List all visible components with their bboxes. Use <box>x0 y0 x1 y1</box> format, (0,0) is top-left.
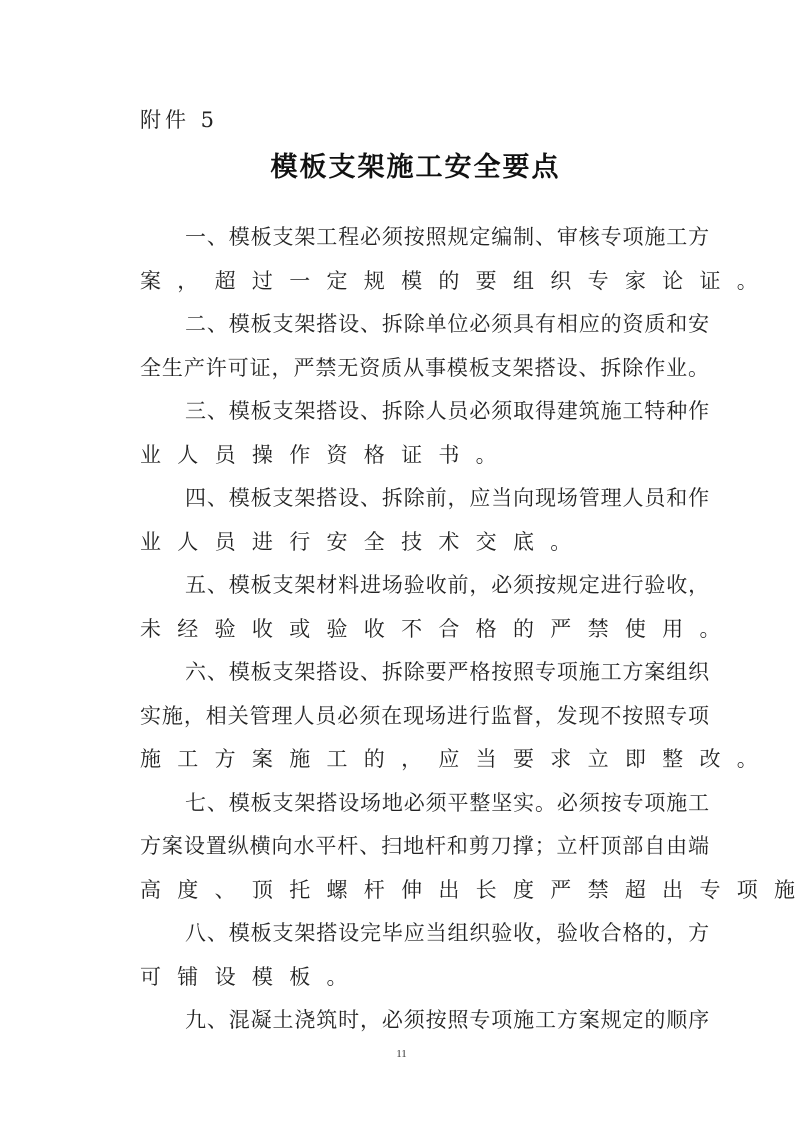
attachment-label: 附件 5 <box>140 104 218 134</box>
text-line: 三、模板支架搭设、拆除人员必须取得建筑施工特种作 <box>140 394 710 438</box>
document-title: 模板支架施工安全要点 <box>0 145 803 184</box>
text-line: 九、混凝土浇筑时，必须按照专项施工方案规定的顺序 <box>140 1003 710 1047</box>
text-line: 四、模板支架搭设、拆除前，应当向现场管理人员和作 <box>140 481 710 525</box>
text-line: 业人员操作资格证书。 <box>140 438 710 482</box>
text-line: 六、模板支架搭设、拆除要严格按照专项施工方案组织 <box>140 655 710 699</box>
text-line: 一、模板支架工程必须按照规定编制、审核专项施工方 <box>140 220 710 264</box>
text-line: 五、模板支架材料进场验收前，必须按规定进行验收， <box>140 568 710 612</box>
text-line: 案，超过一定规模的要组织专家论证。 <box>140 264 710 308</box>
text-line: 八、模板支架搭设完毕应当组织验收，验收合格的，方 <box>140 916 710 960</box>
text-line: 全生产许可证，严禁无资质从事模板支架搭设、拆除作业。 <box>140 351 710 395</box>
page-number: 11 <box>0 1048 803 1060</box>
text-line: 实施，相关管理人员必须在现场进行监督，发现不按照专项 <box>140 699 710 743</box>
text-line: 施工方案施工的，应当要求立即整改。 <box>140 742 710 786</box>
text-line: 可铺设模板。 <box>140 960 710 1004</box>
document-page: 附件 5 模板支架施工安全要点 一、模板支架工程必须按照规定编制、审核专项施工方… <box>0 0 803 1128</box>
text-line: 方案设置纵横向水平杆、扫地杆和剪刀撑；立杆顶部自由端 <box>140 829 710 873</box>
text-line: 七、模板支架搭设场地必须平整坚实。必须按专项施工 <box>140 786 710 830</box>
text-line: 未经验收或验收不合格的严禁使用。 <box>140 612 710 656</box>
text-line: 业人员进行安全技术交底。 <box>140 525 710 569</box>
text-line: 二、模板支架搭设、拆除单位必须具有相应的资质和安 <box>140 307 710 351</box>
text-line: 高度、顶托螺杆伸出长度严禁超出专项施工方案要求。 <box>140 873 710 917</box>
document-body: 一、模板支架工程必须按照规定编制、审核专项施工方案，超过一定规模的要组织专家论证… <box>140 220 710 1047</box>
